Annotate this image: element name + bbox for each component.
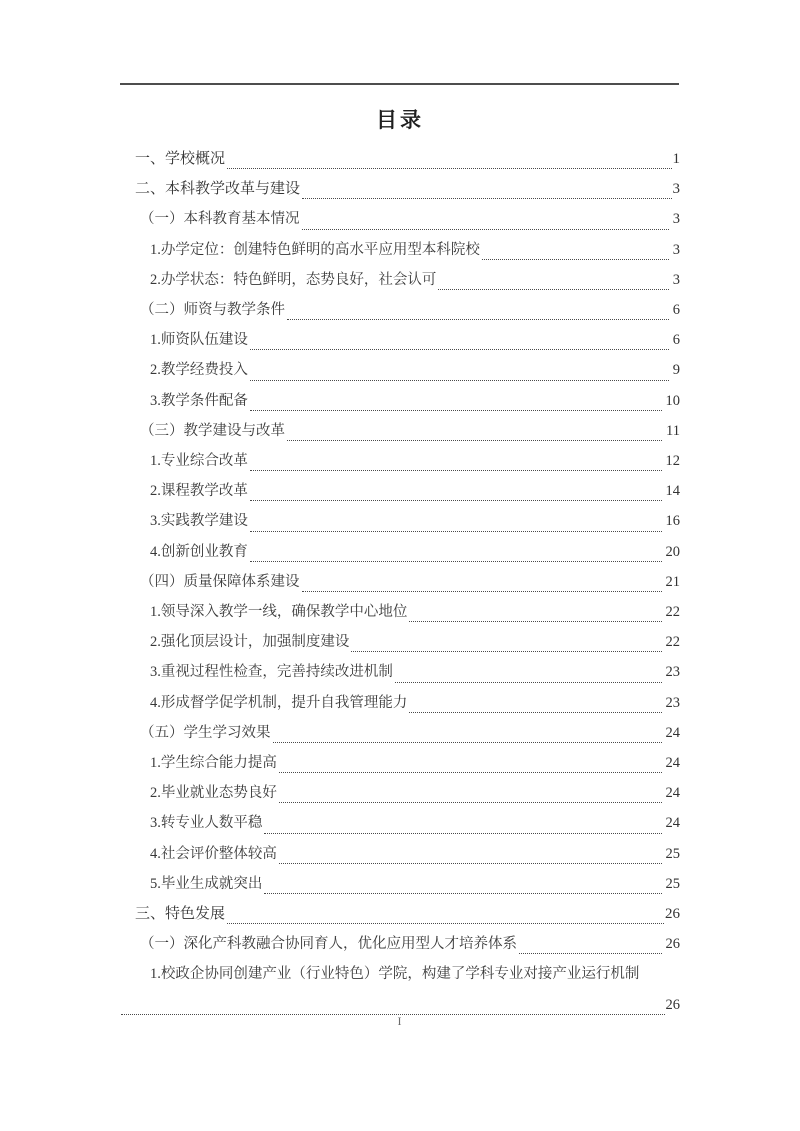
toc-page-number: 14 bbox=[666, 476, 681, 506]
toc-entry[interactable]: 一、学校概况1 bbox=[121, 144, 680, 174]
toc-entry[interactable]: 1.校政企协同创建产业（行业特色）学院，构建了学科专业对接产业运行机制26 bbox=[121, 959, 680, 1019]
toc-entry-label: 3.实践教学建设 bbox=[150, 506, 248, 536]
toc-page-number: 25 bbox=[666, 839, 681, 869]
document-page: 目录 一、学校概况1二、本科教学改革与建设3（一）本科教育基本情况31.办学定位… bbox=[0, 0, 800, 1131]
toc-page-number: 24 bbox=[666, 748, 681, 778]
toc-entry-label: 5.毕业生成就突出 bbox=[150, 869, 262, 899]
toc-entry[interactable]: 1.办学定位：创建特色鲜明的高水平应用型本科院校3 bbox=[121, 235, 680, 265]
toc-leader-dots bbox=[250, 349, 669, 350]
toc-page-number: 3 bbox=[673, 235, 680, 265]
toc-entry-label: 2.办学状态：特色鲜明，态势良好，社会认可 bbox=[150, 265, 436, 295]
toc-entry[interactable]: 2.教学经费投入9 bbox=[121, 355, 680, 385]
toc-entry-label: （五）学生学习效果 bbox=[140, 718, 271, 748]
toc-entry-label: （二）师资与教学条件 bbox=[140, 295, 285, 325]
toc-entry[interactable]: 2.毕业就业态势良好24 bbox=[121, 778, 680, 808]
toc-entry[interactable]: 1.学生综合能力提高24 bbox=[121, 748, 680, 778]
toc-leader-dots bbox=[250, 531, 662, 532]
toc-entry-label: 1.校政企协同创建产业（行业特色）学院，构建了学科专业对接产业运行机制 bbox=[121, 959, 680, 989]
toc-entry-label: 1.领导深入教学一线，确保教学中心地位 bbox=[150, 597, 407, 627]
toc-entry-label: 3.重视过程性检查，完善持续改进机制 bbox=[150, 657, 393, 687]
toc-leader-dots bbox=[409, 712, 661, 713]
toc-page-number: 24 bbox=[666, 718, 681, 748]
toc-entry-label: 三、特色发展 bbox=[135, 899, 225, 929]
toc-entry-label: （三）教学建设与改革 bbox=[140, 416, 285, 446]
toc-leader-dots bbox=[273, 742, 662, 743]
toc-page-number: 3 bbox=[673, 265, 680, 295]
toc-entry-label: 二、本科教学改革与建设 bbox=[135, 174, 300, 204]
toc-page-number: 22 bbox=[666, 627, 681, 657]
toc-entry[interactable]: （五）学生学习效果24 bbox=[121, 718, 680, 748]
toc-page-number: 23 bbox=[666, 688, 681, 718]
toc-leader-dots bbox=[250, 470, 662, 471]
toc-entry-label: 2.教学经费投入 bbox=[150, 355, 248, 385]
toc-entry-label: 4.形成督学促学机制，提升自我管理能力 bbox=[150, 688, 407, 718]
toc-entry-label: 一、学校概况 bbox=[135, 144, 225, 174]
toc-entry[interactable]: 4.形成督学促学机制，提升自我管理能力23 bbox=[121, 688, 680, 718]
toc-page-number: 22 bbox=[666, 597, 681, 627]
toc-entry-label: 3.转专业人数平稳 bbox=[150, 808, 262, 838]
toc-entry-label: 4.创新创业教育 bbox=[150, 537, 248, 567]
toc-entry[interactable]: 1.领导深入教学一线，确保教学中心地位22 bbox=[121, 597, 680, 627]
toc-page-number: 10 bbox=[666, 386, 681, 416]
toc-entry[interactable]: 3.转专业人数平稳24 bbox=[121, 808, 680, 838]
toc-leader-dots bbox=[302, 198, 671, 199]
toc-leader-dots bbox=[264, 893, 661, 894]
toc-entry-label: 1.师资队伍建设 bbox=[150, 325, 248, 355]
toc-entry[interactable]: 2.办学状态：特色鲜明，态势良好，社会认可3 bbox=[121, 265, 680, 295]
toc-leader-dots bbox=[250, 500, 662, 501]
toc-list: 一、学校概况1二、本科教学改革与建设3（一）本科教育基本情况31.办学定位：创建… bbox=[121, 144, 680, 1020]
toc-entry[interactable]: （二）师资与教学条件6 bbox=[121, 295, 680, 325]
toc-entry[interactable]: 3.重视过程性检查，完善持续改进机制23 bbox=[121, 657, 680, 687]
toc-leader-dots bbox=[227, 923, 664, 924]
toc-leader-dots bbox=[250, 380, 669, 381]
toc-page-number: 26 bbox=[666, 929, 681, 959]
toc-entry-label: （一）深化产科教融合协同育人，优化应用型人才培养体系 bbox=[140, 929, 517, 959]
toc-entry[interactable]: 1.专业综合改革12 bbox=[121, 446, 680, 476]
toc-entry-label: 1.办学定位：创建特色鲜明的高水平应用型本科院校 bbox=[150, 235, 480, 265]
toc-leader-dots bbox=[395, 682, 662, 683]
toc-entry[interactable]: （一）本科教育基本情况3 bbox=[121, 204, 680, 234]
toc-entry-label: 2.课程教学改革 bbox=[150, 476, 248, 506]
header-rule bbox=[120, 83, 679, 85]
toc-page-number: 24 bbox=[666, 808, 681, 838]
toc-entry[interactable]: 三、特色发展26 bbox=[121, 899, 680, 929]
toc-entry[interactable]: 4.创新创业教育20 bbox=[121, 537, 680, 567]
toc-page-number: 24 bbox=[666, 778, 681, 808]
toc-entry[interactable]: （四）质量保障体系建设21 bbox=[121, 567, 680, 597]
toc-leader-dots bbox=[438, 289, 668, 290]
toc-leader-dots bbox=[279, 772, 662, 773]
page-title: 目录 bbox=[0, 104, 800, 134]
toc-page-number: 3 bbox=[673, 204, 680, 234]
toc-entry-label: 1.学生综合能力提高 bbox=[150, 748, 277, 778]
toc-entry-label: 4.社会评价整体较高 bbox=[150, 839, 277, 869]
toc-entry[interactable]: 二、本科教学改革与建设3 bbox=[121, 174, 680, 204]
toc-leader-dots bbox=[287, 440, 662, 441]
toc-page-number: 23 bbox=[666, 657, 681, 687]
toc-leader-dots bbox=[250, 561, 662, 562]
toc-leader-dots bbox=[264, 833, 661, 834]
toc-entry-label: 3.教学条件配备 bbox=[150, 386, 248, 416]
toc-leader-dots bbox=[482, 259, 669, 260]
toc-page-number: 1 bbox=[673, 144, 681, 174]
toc-page-number: 16 bbox=[666, 506, 681, 536]
toc-page-number: 6 bbox=[673, 295, 680, 325]
toc-entry-label: （四）质量保障体系建设 bbox=[140, 567, 300, 597]
toc-leader-dots bbox=[227, 168, 671, 169]
toc-page-number: 21 bbox=[666, 567, 681, 597]
toc-leader-dots bbox=[302, 229, 669, 230]
toc-entry[interactable]: （一）深化产科教融合协同育人，优化应用型人才培养体系26 bbox=[121, 929, 680, 959]
toc-entry[interactable]: 1.师资队伍建设6 bbox=[121, 325, 680, 355]
toc-page-number: 25 bbox=[666, 869, 681, 899]
toc-leader-dots bbox=[279, 802, 662, 803]
toc-leader-dots bbox=[519, 953, 662, 954]
toc-entry[interactable]: 3.教学条件配备10 bbox=[121, 386, 680, 416]
toc-page-number: 9 bbox=[673, 355, 680, 385]
toc-leader-dots bbox=[409, 621, 661, 622]
toc-entry-label: （一）本科教育基本情况 bbox=[140, 204, 300, 234]
toc-leader-dots bbox=[250, 410, 662, 411]
toc-page-number: 6 bbox=[673, 325, 680, 355]
toc-leader-dots bbox=[302, 591, 662, 592]
toc-entry-label: 1.专业综合改革 bbox=[150, 446, 248, 476]
toc-page-number: 12 bbox=[666, 446, 681, 476]
toc-leader-dots bbox=[279, 863, 662, 864]
toc-leader-dots bbox=[351, 651, 661, 652]
toc-leader-dots bbox=[287, 319, 669, 320]
toc-entry[interactable]: 2.课程教学改革14 bbox=[121, 476, 680, 506]
toc-entry[interactable]: 4.社会评价整体较高25 bbox=[121, 839, 680, 869]
toc-page-number: 20 bbox=[666, 537, 681, 567]
toc-page-number: 3 bbox=[673, 174, 681, 204]
toc-entry-label: 2.毕业就业态势良好 bbox=[150, 778, 277, 808]
toc-entry[interactable]: 3.实践教学建设16 bbox=[121, 506, 680, 536]
toc-entry[interactable]: 5.毕业生成就突出25 bbox=[121, 869, 680, 899]
toc-entry-label: 2.强化顶层设计，加强制度建设 bbox=[150, 627, 349, 657]
toc-page-number: 26 bbox=[665, 899, 680, 929]
toc-page-number: 11 bbox=[666, 416, 680, 446]
toc-entry[interactable]: （三）教学建设与改革11 bbox=[121, 416, 680, 446]
footer-page-number: I bbox=[0, 1014, 800, 1029]
toc-entry[interactable]: 2.强化顶层设计，加强制度建设22 bbox=[121, 627, 680, 657]
